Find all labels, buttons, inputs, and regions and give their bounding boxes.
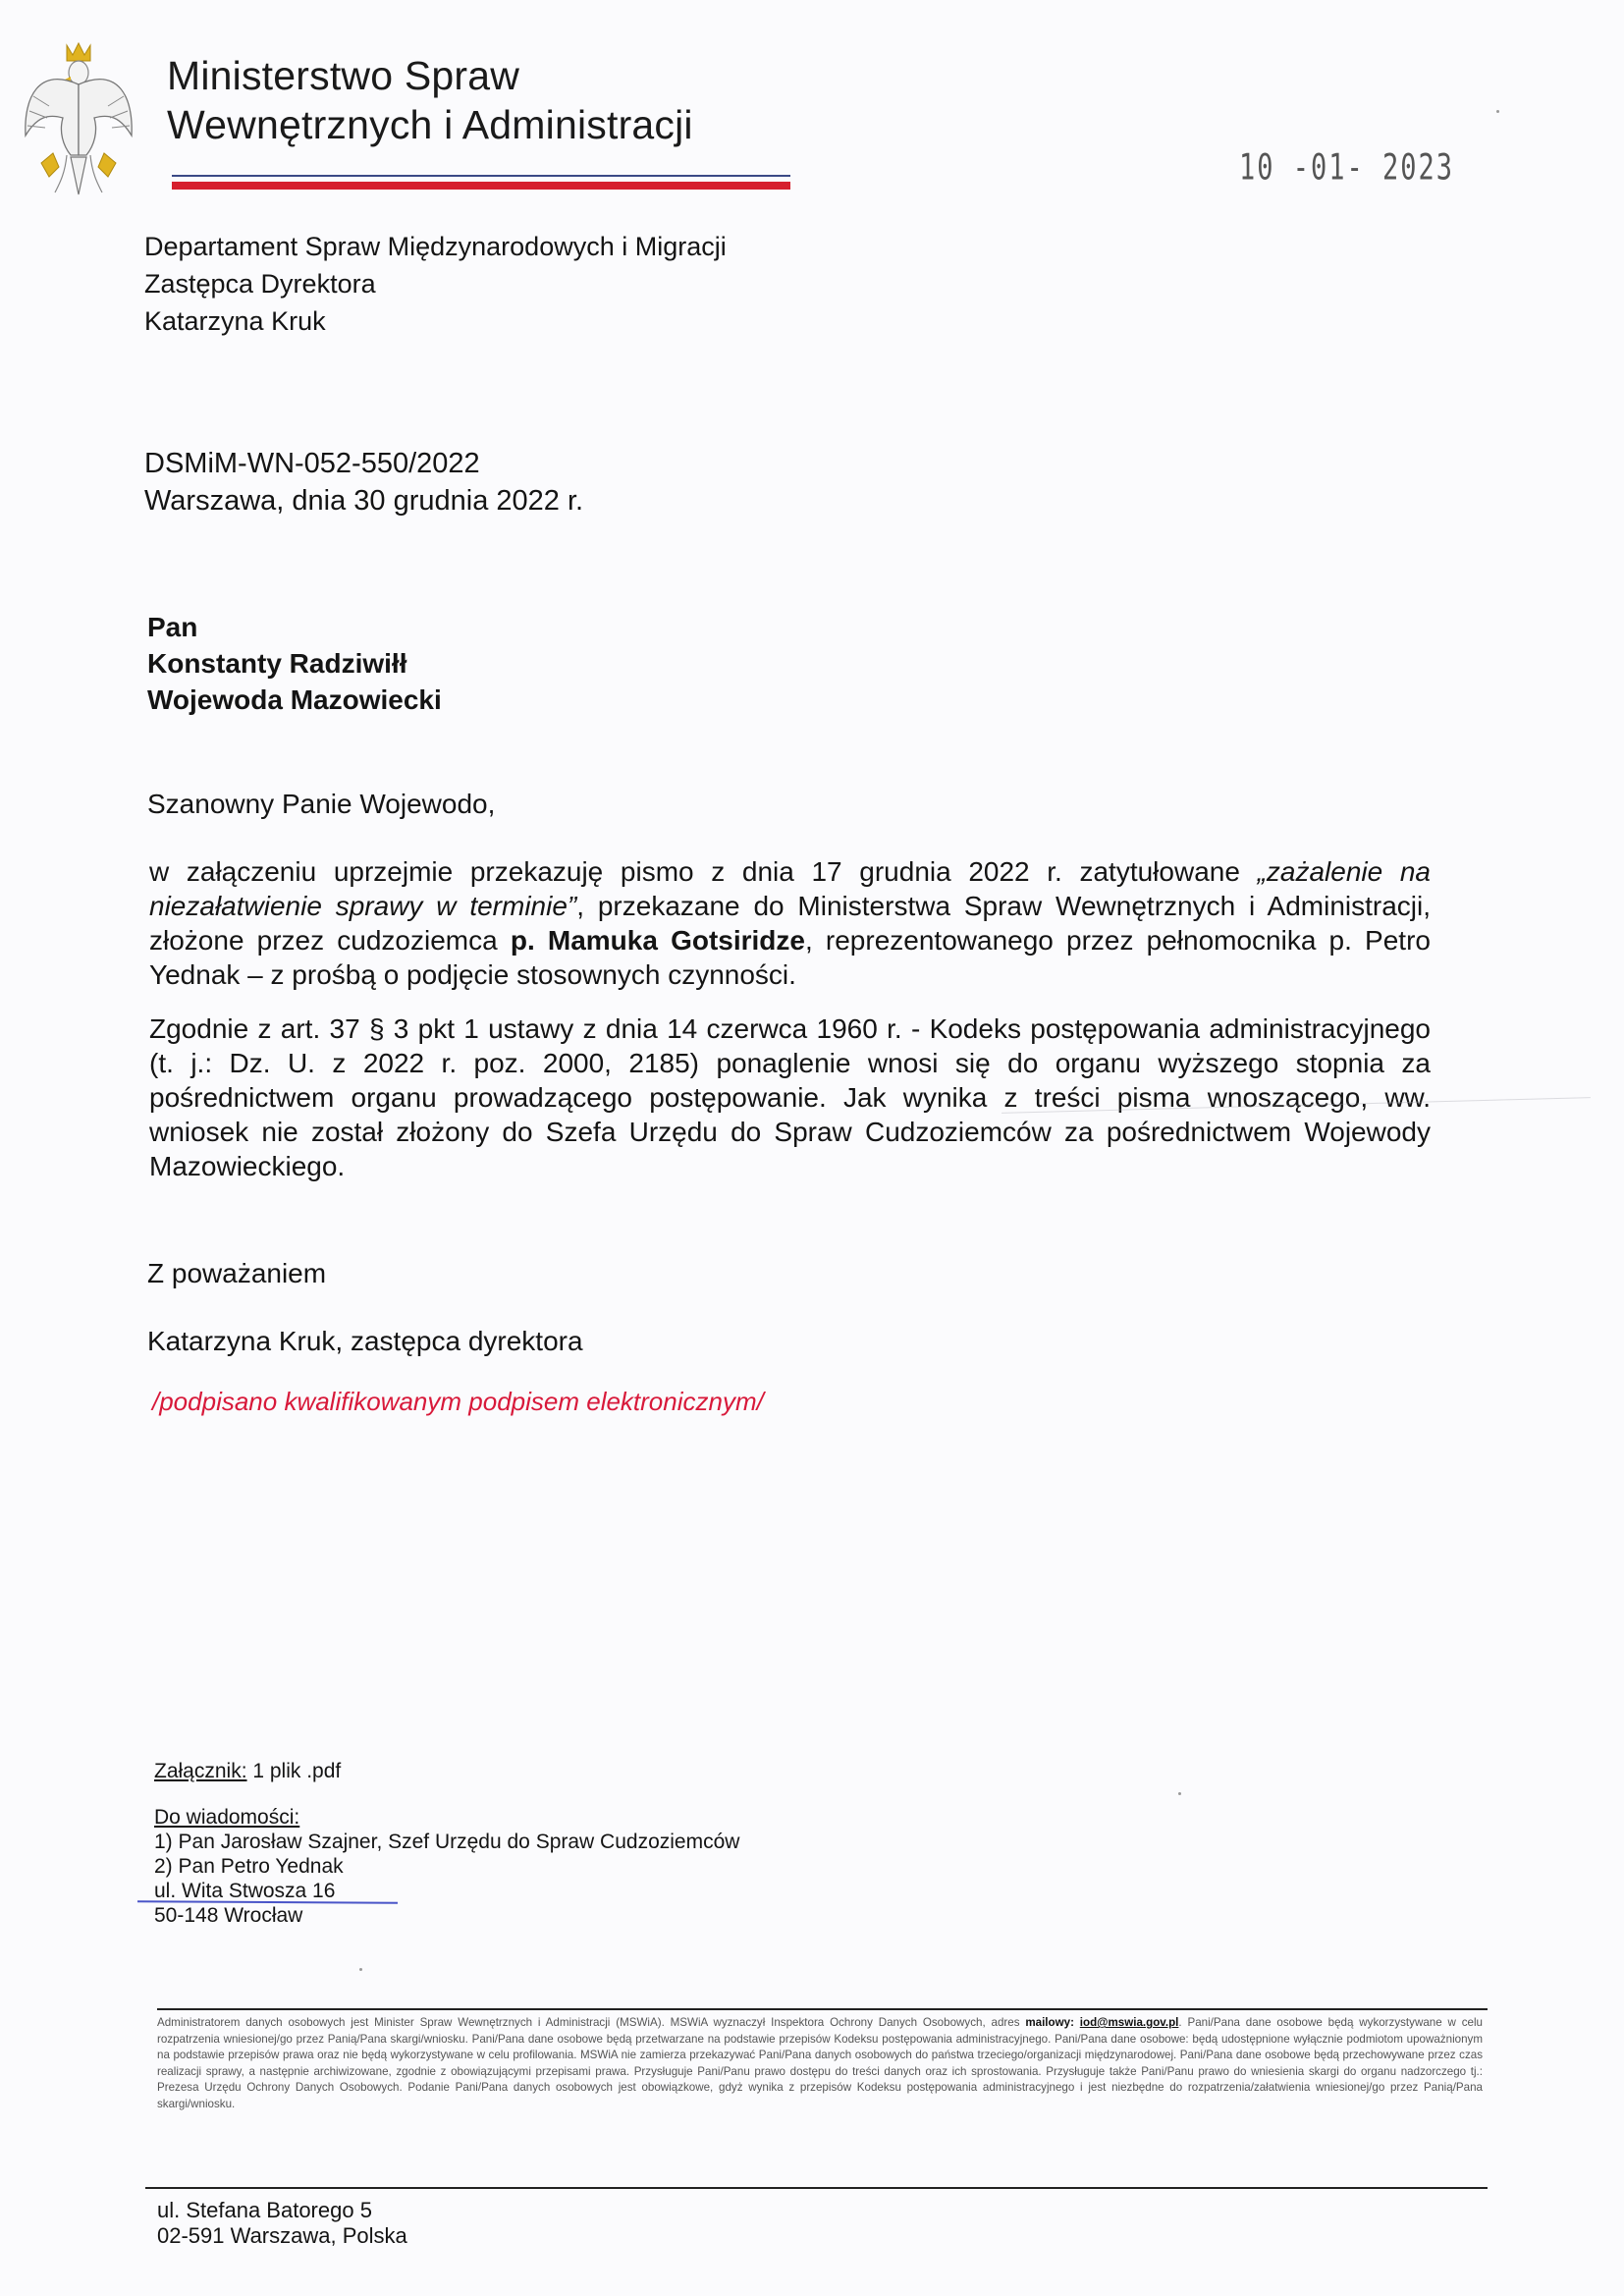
letterhead-rule-blue: [172, 175, 790, 177]
cc-item: ul. Wita Stwosza 16: [154, 1879, 739, 1903]
attachment-value: 1 plik .pdf: [247, 1760, 342, 1782]
sender-department: Departament Spraw Międzynarodowych i Mig…: [144, 228, 727, 265]
addressee-block: Pan Konstanty Radziwiłł Wojewoda Mazowie…: [147, 609, 442, 718]
gdpr-mail-label: mailowy:: [1025, 2016, 1079, 2029]
gdpr-text-b: . Pani/Pana dane osobowe będą wykorzysty…: [157, 2016, 1483, 2110]
body-paragraph-2: Zgodnie z art. 37 § 3 pkt 1 ustawy z dni…: [149, 1011, 1431, 1183]
sender-position: Zastępca Dyrektora: [144, 265, 727, 302]
cc-item: 50-148 Wrocław: [154, 1903, 739, 1928]
footer-rule-bottom: [145, 2187, 1488, 2189]
attachment-line: Załącznik: 1 plik .pdf: [154, 1760, 341, 1783]
footer-address-street: ul. Stefana Batorego 5: [157, 2198, 407, 2223]
attachment-label: Załącznik:: [154, 1760, 247, 1782]
signer: Katarzyna Kruk, zastępca dyrektora: [147, 1326, 583, 1357]
footer-address: ul. Stefana Batorego 5 02-591 Warszawa, …: [157, 2198, 407, 2249]
place-date: Warszawa, dnia 30 grudnia 2022 r.: [144, 482, 583, 519]
addressee-title: Pan: [147, 609, 442, 645]
addressee-name: Konstanty Radziwiłł: [147, 645, 442, 682]
cc-item: 1) Pan Jarosław Szajner, Szef Urzędu do …: [154, 1830, 739, 1854]
received-date-stamp: 10 -01- 2023: [1239, 147, 1454, 189]
body-p1-foreigner-name: p. Mamuka Gotsiridze: [511, 925, 805, 956]
salutation: Szanowny Panie Wojewodo,: [147, 789, 495, 820]
ministry-name-line1: Ministerstwo Spraw: [167, 51, 693, 100]
scan-speck: [359, 1968, 362, 1971]
scan-speck: [1178, 1792, 1181, 1795]
ministry-name-line2: Wewnętrznych i Administracji: [167, 100, 693, 149]
footer-rule-top: [157, 2008, 1488, 2010]
footer-address-city: 02-591 Warszawa, Polska: [157, 2223, 407, 2249]
scan-speck: [1496, 110, 1499, 113]
gdpr-text-a: Administratorem danych osobowych jest Mi…: [157, 2016, 1025, 2029]
sender-block: Departament Spraw Międzynarodowych i Mig…: [144, 228, 727, 340]
gdpr-notice: Administratorem danych osobowych jest Mi…: [157, 2015, 1483, 2113]
case-number: DSMiM-WN-052-550/2022: [144, 445, 583, 482]
cc-label: Do wiadomości:: [154, 1805, 739, 1830]
sender-name: Katarzyna Kruk: [144, 302, 727, 340]
body-paragraph-1: w załączeniu uprzejmie przekazuję pismo …: [149, 854, 1431, 992]
addressee-office: Wojewoda Mazowiecki: [147, 682, 442, 718]
reference-block: DSMiM-WN-052-550/2022 Warszawa, dnia 30 …: [144, 445, 583, 519]
cc-block: Do wiadomości: 1) Pan Jarosław Szajner, …: [154, 1805, 739, 1928]
cc-item: 2) Pan Petro Yednak: [154, 1854, 739, 1879]
polish-eagle-emblem-icon: [20, 37, 137, 199]
ministry-name: Ministerstwo Spraw Wewnętrznych i Admini…: [167, 51, 693, 149]
body-p1-text-a: w załączeniu uprzejmie przekazuję pismo …: [149, 856, 1258, 887]
closing: Z poważaniem: [147, 1258, 326, 1289]
gdpr-email-link[interactable]: iod@mswia.gov.pl: [1080, 2016, 1179, 2029]
e-signature-note: /podpisano kwalifikowanym podpisem elekt…: [152, 1387, 764, 1417]
letterhead-rule-red: [172, 182, 790, 190]
